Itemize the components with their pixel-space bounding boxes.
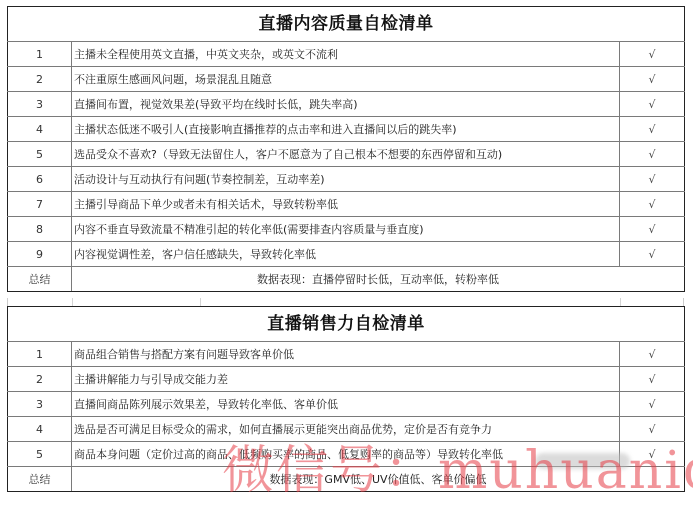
- row-text[interactable]: 选品是否可满足目标受众的需求，如何直播展示更能突出商品优势，定价是否有竞争力: [72, 417, 620, 442]
- summary-label[interactable]: 总结: [8, 267, 72, 292]
- table-row: 2 不注重原生感画风问题，场景混乱且随意 √: [8, 67, 685, 92]
- table-row: 2 主播讲解能力与引导成交能力差 √: [8, 367, 685, 392]
- row-number[interactable]: 5: [8, 142, 72, 167]
- sheet-gridlines: [7, 298, 684, 306]
- table-row: 7 主播引导商品下单少或者未有相关话术，导致转粉率低 √: [8, 192, 685, 217]
- table-row: 3 直播间布置，视觉效果差(导致平均在线时长低，跳失率高) √: [8, 92, 685, 117]
- row-text[interactable]: 主播状态低迷不吸引人(直接影响直播推荐的点击率和进入直播间以后的跳失率): [72, 117, 620, 142]
- table-title-row: 直播内容质量自检清单: [8, 7, 685, 42]
- table-row: 5 选品受众不喜欢?（导致无法留住人，客户不愿意为了自己根本不想要的东西停留和互…: [8, 142, 685, 167]
- summary-text[interactable]: 数据表现：直播停留时长低，互动率低，转粉率低: [72, 267, 685, 292]
- check-mark-icon[interactable]: √: [620, 42, 685, 67]
- check-mark-icon[interactable]: √: [620, 67, 685, 92]
- row-number[interactable]: 1: [8, 42, 72, 67]
- row-text[interactable]: 直播间商品陈列展示效果差，导致转化率低、客单价低: [72, 392, 620, 417]
- table-row: 9 内容视觉调性差，客户信任感缺失，导致转化率低 √: [8, 242, 685, 267]
- table-row: 8 内容不垂直导致流量不精准引起的转化率低(需要排查内容质量与垂直度) √: [8, 217, 685, 242]
- row-number[interactable]: 6: [8, 167, 72, 192]
- row-text[interactable]: 活动设计与互动执行有问题(节奏控制差，互动率差): [72, 167, 620, 192]
- row-number[interactable]: 3: [8, 392, 72, 417]
- row-number[interactable]: 7: [8, 192, 72, 217]
- table-row: 6 活动设计与互动执行有问题(节奏控制差，互动率差) √: [8, 167, 685, 192]
- row-text[interactable]: 选品受众不喜欢?（导致无法留住人，客户不愿意为了自己根本不想要的东西停留和互动): [72, 142, 620, 167]
- row-text[interactable]: 主播引导商品下单少或者未有相关话术，导致转粉率低: [72, 192, 620, 217]
- row-number[interactable]: 4: [8, 117, 72, 142]
- summary-text[interactable]: 数据表现：GMV低、UV价值低、客单价偏低: [72, 467, 685, 492]
- check-mark-icon[interactable]: √: [620, 167, 685, 192]
- sales-power-checklist-table: 直播销售力自检清单 1 商品组合销售与搭配方案有问题导致客单价低 √ 2 主播讲…: [7, 306, 685, 492]
- table-title-row: 直播销售力自检清单: [8, 307, 685, 342]
- row-number[interactable]: 2: [8, 367, 72, 392]
- gridline: [620, 298, 621, 306]
- check-mark-icon[interactable]: √: [620, 117, 685, 142]
- row-number[interactable]: 3: [8, 92, 72, 117]
- row-number[interactable]: 8: [8, 217, 72, 242]
- table-row: 3 直播间商品陈列展示效果差，导致转化率低、客单价低 √: [8, 392, 685, 417]
- sales-power-title[interactable]: 直播销售力自检清单: [8, 307, 685, 342]
- row-text[interactable]: 商品组合销售与搭配方案有问题导致客单价低: [72, 342, 620, 367]
- row-text[interactable]: 直播间布置，视觉效果差(导致平均在线时长低，跳失率高): [72, 92, 620, 117]
- row-number[interactable]: 5: [8, 442, 72, 467]
- row-number[interactable]: 9: [8, 242, 72, 267]
- row-number[interactable]: 1: [8, 342, 72, 367]
- table-row: 5 商品本身问题（定价过高的商品、低频购买率的商品、低复购率的商品等）导致转化率…: [8, 442, 685, 467]
- row-number[interactable]: 4: [8, 417, 72, 442]
- row-number[interactable]: 2: [8, 67, 72, 92]
- check-mark-icon[interactable]: √: [620, 92, 685, 117]
- table-row: 1 商品组合销售与搭配方案有问题导致客单价低 √: [8, 342, 685, 367]
- check-mark-icon[interactable]: √: [620, 367, 685, 392]
- row-text[interactable]: 主播讲解能力与引导成交能力差: [72, 367, 620, 392]
- summary-label[interactable]: 总结: [8, 467, 72, 492]
- row-text[interactable]: 内容不垂直导致流量不精准引起的转化率低(需要排查内容质量与垂直度): [72, 217, 620, 242]
- check-mark-icon[interactable]: √: [620, 192, 685, 217]
- gridline: [72, 298, 73, 306]
- check-mark-icon[interactable]: √: [620, 392, 685, 417]
- check-mark-icon[interactable]: √: [620, 417, 685, 442]
- content-quality-title[interactable]: 直播内容质量自检清单: [8, 7, 685, 42]
- row-text[interactable]: 不注重原生感画风问题，场景混乱且随意: [72, 67, 620, 92]
- row-text[interactable]: 主播未全程使用英文直播，中英文夹杂，或英文不流利: [72, 42, 620, 67]
- check-mark-icon[interactable]: √: [620, 442, 685, 467]
- check-mark-icon[interactable]: √: [620, 217, 685, 242]
- table-row: 4 选品是否可满足目标受众的需求，如何直播展示更能突出商品优势，定价是否有竞争力…: [8, 417, 685, 442]
- spreadsheet-sheet: 直播内容质量自检清单 1 主播未全程使用英文直播，中英文夹杂，或英文不流利 √ …: [0, 0, 693, 507]
- summary-row: 总结 数据表现：直播停留时长低，互动率低，转粉率低: [8, 267, 685, 292]
- content-quality-checklist-table: 直播内容质量自检清单 1 主播未全程使用英文直播，中英文夹杂，或英文不流利 √ …: [7, 6, 685, 292]
- check-mark-icon[interactable]: √: [620, 242, 685, 267]
- row-text[interactable]: 商品本身问题（定价过高的商品、低频购买率的商品、低复购率的商品等）导致转化率低: [72, 442, 620, 467]
- gridline: [200, 298, 201, 306]
- check-mark-icon[interactable]: √: [620, 342, 685, 367]
- row-text[interactable]: 内容视觉调性差，客户信任感缺失，导致转化率低: [72, 242, 620, 267]
- table-row: 1 主播未全程使用英文直播，中英文夹杂，或英文不流利 √: [8, 42, 685, 67]
- summary-row: 总结 数据表现：GMV低、UV价值低、客单价偏低: [8, 467, 685, 492]
- check-mark-icon[interactable]: √: [620, 142, 685, 167]
- table-row: 4 主播状态低迷不吸引人(直接影响直播推荐的点击率和进入直播间以后的跳失率) √: [8, 117, 685, 142]
